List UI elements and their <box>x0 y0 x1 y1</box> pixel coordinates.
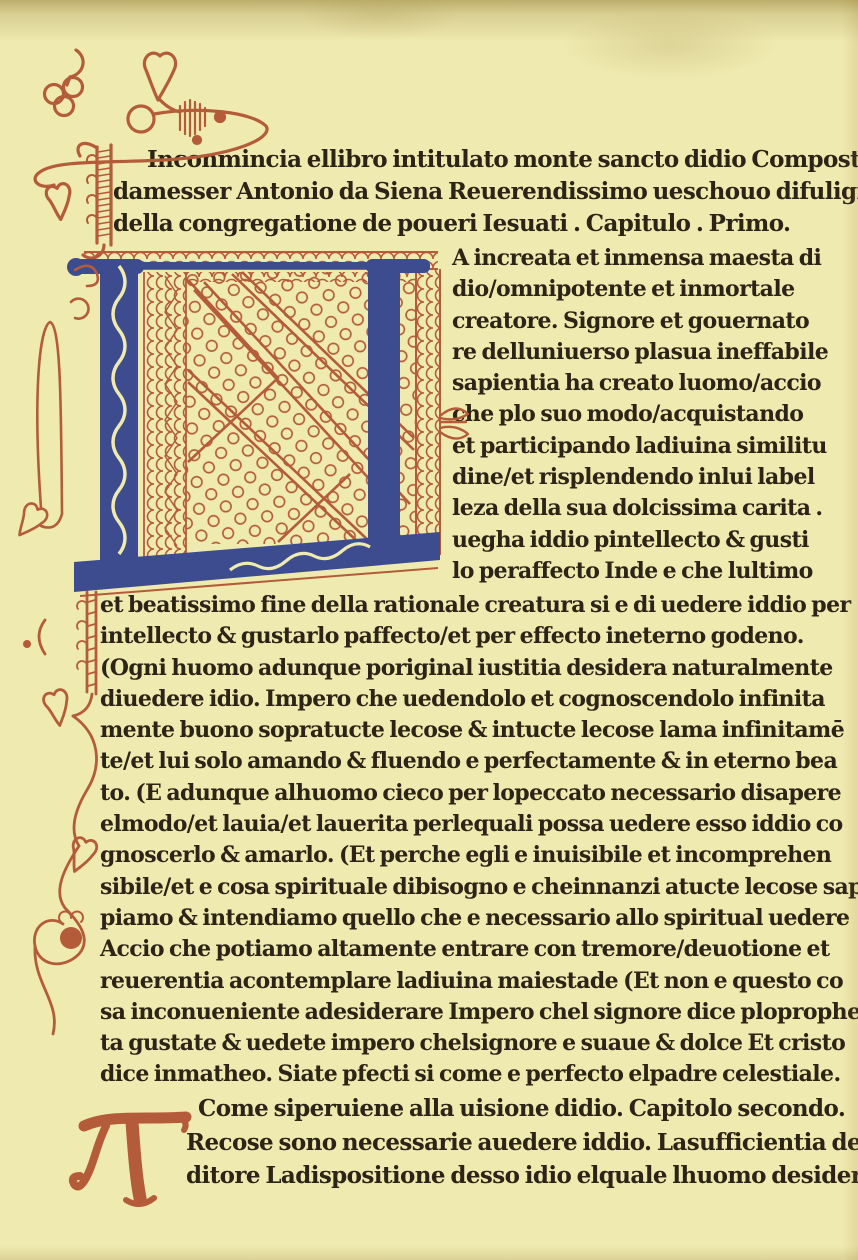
text-line: che plo suo modo/acquistando <box>452 399 828 430</box>
margin-vine-ornament <box>15 592 130 1042</box>
chapter-two-block: Come siperuiene alla uisione didio. Capi… <box>186 1092 858 1193</box>
column-beside-initial: A increata et inmensa maesta di dio/omni… <box>452 243 828 587</box>
book-page: Inconmincia ellibro intitulato monte san… <box>0 0 858 1260</box>
text-line: mente buono sopratucte lecose & intucte … <box>100 715 858 746</box>
paper-stain <box>300 0 460 40</box>
text-line: dine/et risplendendo inlui label <box>452 462 828 493</box>
text-line: dio/omnipotente et inmortale <box>452 274 828 305</box>
text-line: sapientia ha creato luomo/accio <box>452 368 828 399</box>
text-line: re delluniuerso plasua ineffabile <box>452 337 828 368</box>
text-line: sibile/et e cosa spirituale dibisogno e … <box>100 872 858 903</box>
rubricated-initial-T <box>72 1102 194 1212</box>
main-text-block: et beatissimo fine della rationale creat… <box>100 590 858 1091</box>
text-line: dice inmatheo. Siate pfecti si come e pe… <box>100 1059 858 1090</box>
text-line: reuerentia acontemplare ladiuina maiesta… <box>100 966 858 997</box>
text-line: uegha iddio pintellecto & gusti <box>452 525 828 556</box>
text-line: elmodo/et lauia/et lauerita perlequali p… <box>100 809 858 840</box>
text-line: to. (E adunque alhuomo cieco per lopecca… <box>100 778 858 809</box>
text-line: te/et lui solo amando & fluendo e perfec… <box>100 746 858 777</box>
text-line: creatore. Signore et gouernato <box>452 306 828 337</box>
woodcut-drop-initial-L <box>82 250 444 598</box>
text-line: Accio che potiamo altamente entrare con … <box>100 934 858 965</box>
text-line: gnoscerlo & amarlo. (Et perche egli e in… <box>100 840 858 871</box>
text-line: piamo & intendiamo quello che e necessar… <box>100 903 858 934</box>
margin-penwork-left-of-initial <box>15 256 105 586</box>
text-line: ta gustate & uedete impero chelsignore e… <box>100 1028 858 1059</box>
text-line: diuedere idio. Impero che uedendolo et c… <box>100 684 858 715</box>
text-line: sa inconueniente adesiderare Impero chel… <box>100 997 858 1028</box>
text-line: intellecto & gustarlo paffecto/et per ef… <box>100 621 858 652</box>
text-line: Recose sono necessarie auedere iddio. La… <box>186 1126 858 1160</box>
text-line: (Ogni huomo adunque poriginal iustitia d… <box>100 653 858 684</box>
text-line: A increata et inmensa maesta di <box>452 243 828 274</box>
text-line: lo peraffecto Inde e che lultimo <box>452 556 828 587</box>
text-line: ditore Ladispositione desso idio elquale… <box>186 1159 858 1193</box>
chapter-heading: Come siperuiene alla uisione didio. Capi… <box>186 1092 858 1126</box>
paper-stain <box>560 10 780 80</box>
text-line: et participando ladiuina similitu <box>452 431 828 462</box>
text-line: leza della sua dolcissima carita . <box>452 493 828 524</box>
top-flourish-ornament <box>20 40 300 252</box>
